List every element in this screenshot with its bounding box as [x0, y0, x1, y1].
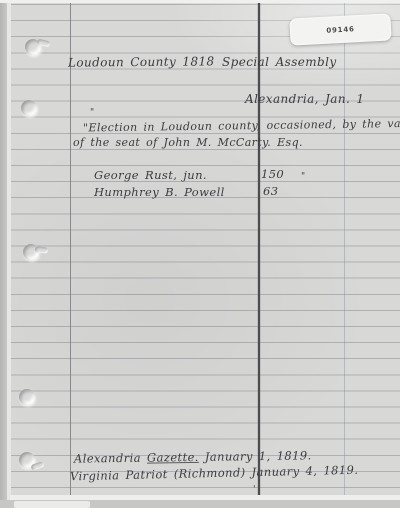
scanned-notebook-page: 09146 Loudoun County 1818 Special Assemb… — [0, 0, 400, 508]
scan-shading — [0, 0, 400, 508]
left-scan-edge — [0, 0, 7, 508]
binder-crease-line — [258, 0, 260, 508]
citation-post: January 4, 1819. — [251, 463, 358, 479]
margin-line — [70, 0, 71, 508]
heading-county-year: Loudoun County 1818 — [68, 54, 215, 70]
vote-count: 63 — [263, 185, 278, 199]
ditto-mark: " — [301, 172, 306, 183]
punch-hole — [19, 389, 35, 405]
catalog-number: 09146 — [326, 25, 355, 34]
candidate-name: Humphrey B. Powell — [94, 186, 225, 200]
body-line-2: of the seat of John M. McCarty. Esq. — [73, 136, 303, 149]
candidate-name: George Rust, jun. — [94, 169, 207, 183]
heading-assembly: Special Assembly — [222, 55, 337, 69]
left-edge-highlight — [7, 0, 11, 508]
fold-line — [344, 0, 345, 508]
citation-pre: Virginia Patriot (Richmond) — [70, 465, 252, 483]
dateline: Alexandria, Jan. 1 — [245, 92, 364, 106]
bottom-edge-highlight — [14, 501, 90, 508]
stray-quote-mark: " — [90, 108, 95, 119]
citation-title: Gazette. — [147, 450, 199, 465]
citation-post: January 1, 1819. — [199, 448, 312, 464]
punch-hole-tear — [35, 246, 49, 253]
vote-count: 150 — [261, 168, 284, 182]
punch-hole — [21, 100, 37, 116]
catalog-sticker: 09146 — [289, 13, 391, 45]
citation-pre: Alexandria — [74, 451, 147, 466]
top-page-edge — [0, 0, 400, 3]
